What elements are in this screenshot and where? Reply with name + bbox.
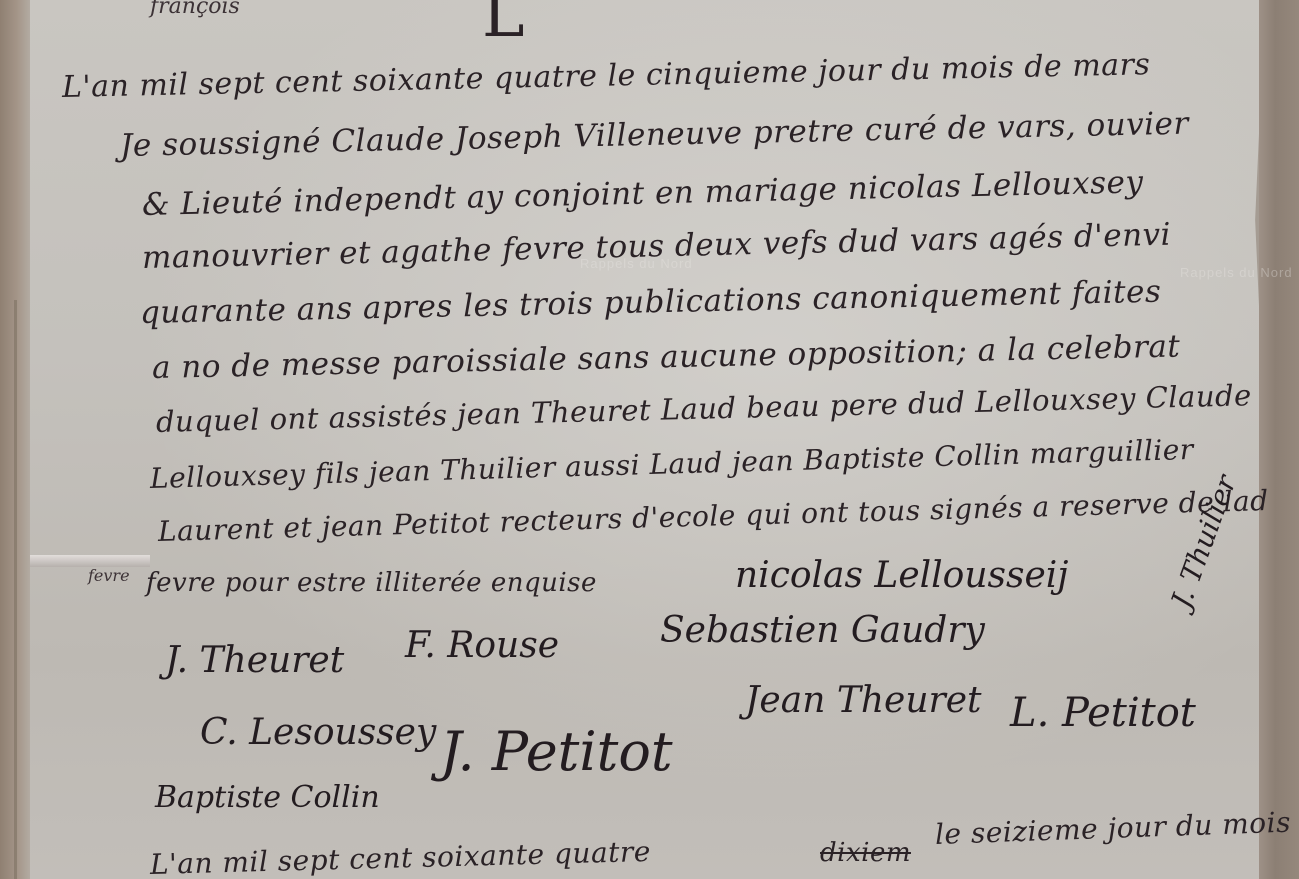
signature-j-petitot: J. Petitot — [440, 720, 673, 783]
previous-entry-fragment: françois — [150, 0, 240, 19]
record-line-10: fevre pour estre illiterée enquise — [146, 568, 597, 598]
signature-l-petitot: L. Petitot — [1010, 690, 1196, 736]
signature-jean-theuret: Jean Theuret — [745, 680, 982, 721]
struck-word: dixiem — [820, 838, 911, 868]
large-capital-letter: L — [482, 0, 525, 52]
signature-f-rouse: F. Rouse — [405, 625, 559, 666]
signature-baptiste-collin: Baptiste Collin — [155, 780, 380, 815]
underlying-page-edge — [1259, 0, 1299, 879]
signature-c-lesoussey: C. Lesoussey — [200, 712, 436, 753]
watermark-right: Rappels du Nord — [1180, 265, 1293, 280]
margin-note: fevre — [88, 566, 130, 585]
binding-fold-line — [14, 300, 17, 879]
signature-j-theuret: J. Theuret — [165, 640, 344, 681]
signature-sebastien-gaudry: Sebastien Gaudry — [660, 610, 985, 651]
signature-nicolas-lellousseij: nicolas Lellousseij — [735, 555, 1068, 596]
register-page-photo: Rappels du Nord Rappels du Nord françois… — [0, 0, 1299, 879]
